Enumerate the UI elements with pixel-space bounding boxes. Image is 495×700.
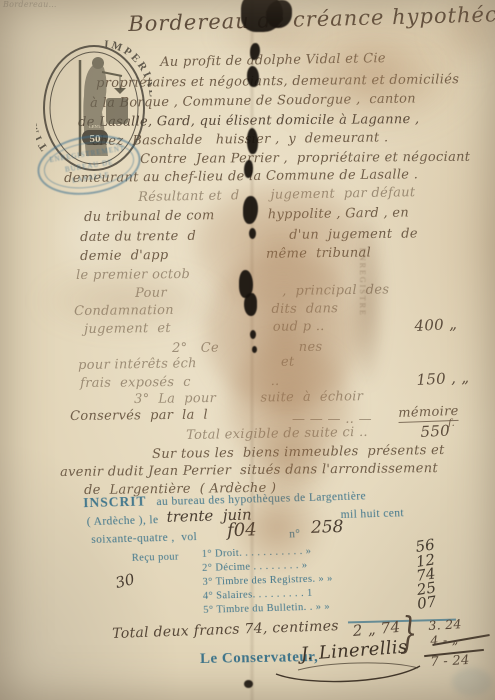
corner-note: Bordereau…	[3, 0, 57, 9]
fee-label: 2° Décime . . . . . . . . »	[202, 560, 308, 574]
ink-blot	[244, 293, 257, 316]
ink-blot	[247, 66, 259, 87]
handwritten-amount: 550	[420, 421, 450, 441]
document-title: Bordereau de créance hypothécaire.	[128, 1, 495, 36]
inscrit-line3a: soixante-quatre , vol	[91, 531, 197, 546]
oval-stamp-line3: LASALLE	[72, 171, 111, 185]
handwritten-line: 2° Ce nes	[172, 340, 322, 356]
ink-blot	[244, 160, 253, 178]
stain-bottom-right	[452, 668, 492, 696]
fee-label: 4° Salaires. . . . . . . . . 1	[203, 588, 313, 602]
svg-text:IMPERIAL: IMPERIAL	[104, 39, 152, 100]
ink-blot	[249, 228, 256, 239]
ink-blot	[250, 330, 256, 339]
fee-label: 1° Droit. . . . . . . . . . . »	[202, 546, 312, 560]
handwritten-line: pour intérêts éch et	[78, 355, 295, 373]
handwritten-amount: 150 , „	[416, 368, 470, 389]
handwritten-line: demie d'app même tribunal	[80, 245, 371, 264]
handwritten-line: le premier octob	[76, 267, 190, 283]
vertical-illegible-mark: ENREGISTRE	[358, 248, 367, 317]
recu-pour-label: Reçu pour	[132, 552, 179, 564]
handwritten-line: avenir dudit Jean Perrier situés dans l'…	[60, 461, 438, 480]
handwritten-line: Total exigible de suite ci ‥	[186, 425, 368, 443]
handwritten-line: jugement et oud p ‥	[84, 319, 325, 337]
timbre-cent-text: CENT.	[89, 124, 102, 129]
ink-blot	[266, 0, 292, 28]
inscrit-num-hand: 258	[311, 517, 344, 538]
inscrit-line2b: mil huit cent	[341, 507, 405, 521]
handwritten-line: Pour , principal des	[135, 282, 389, 301]
inscrit-line2a: ( Ardèche ), le	[87, 514, 159, 528]
ink-blot	[247, 128, 258, 154]
inscrit-line3b: n°	[289, 528, 300, 540]
aged-paper-document: Bordereau… Bordereau de créance hypothéc…	[0, 0, 495, 700]
handwritten-amount-sup: f.	[448, 418, 455, 429]
handwritten-line: Contre Jean Perrier , propriétaire et né…	[140, 150, 470, 167]
fee-label: 3° Timbre des Registres. » »	[202, 573, 333, 588]
handwritten-line: 3° La pour suite à échoir	[134, 389, 363, 407]
timbre-right-text: IMPERIAL	[104, 39, 152, 100]
signature-flourish	[268, 658, 438, 686]
ink-blot	[252, 346, 257, 353]
margin-note-30: 30	[114, 570, 137, 592]
inscrit-line1: au bureau des hypothèques de Largentière	[153, 490, 366, 508]
inscrit-vol-hand: f04	[227, 519, 257, 541]
handwritten-line: Sur tous les biens immeubles présents et	[152, 443, 445, 462]
calc-top: 3. 24	[428, 616, 462, 633]
fee-label: 5° Timbre du Bulletin. . » »	[203, 601, 330, 616]
handwritten-amount: 400 „	[414, 315, 458, 335]
ink-blot	[244, 680, 253, 688]
handwritten-line: frais exposés c ‥	[80, 374, 280, 391]
handwritten-line: Résultant et d jugement par défaut	[138, 185, 416, 205]
handwritten-line: Condamnation dits dans	[74, 301, 338, 319]
fee-amount: 07	[416, 592, 438, 613]
handwritten-line: Au profit de adolphe Vidal et Cie	[160, 51, 386, 70]
handwritten-line: Conservés par la l	[70, 408, 208, 424]
inscrit-word: INSCRIT	[83, 493, 147, 511]
